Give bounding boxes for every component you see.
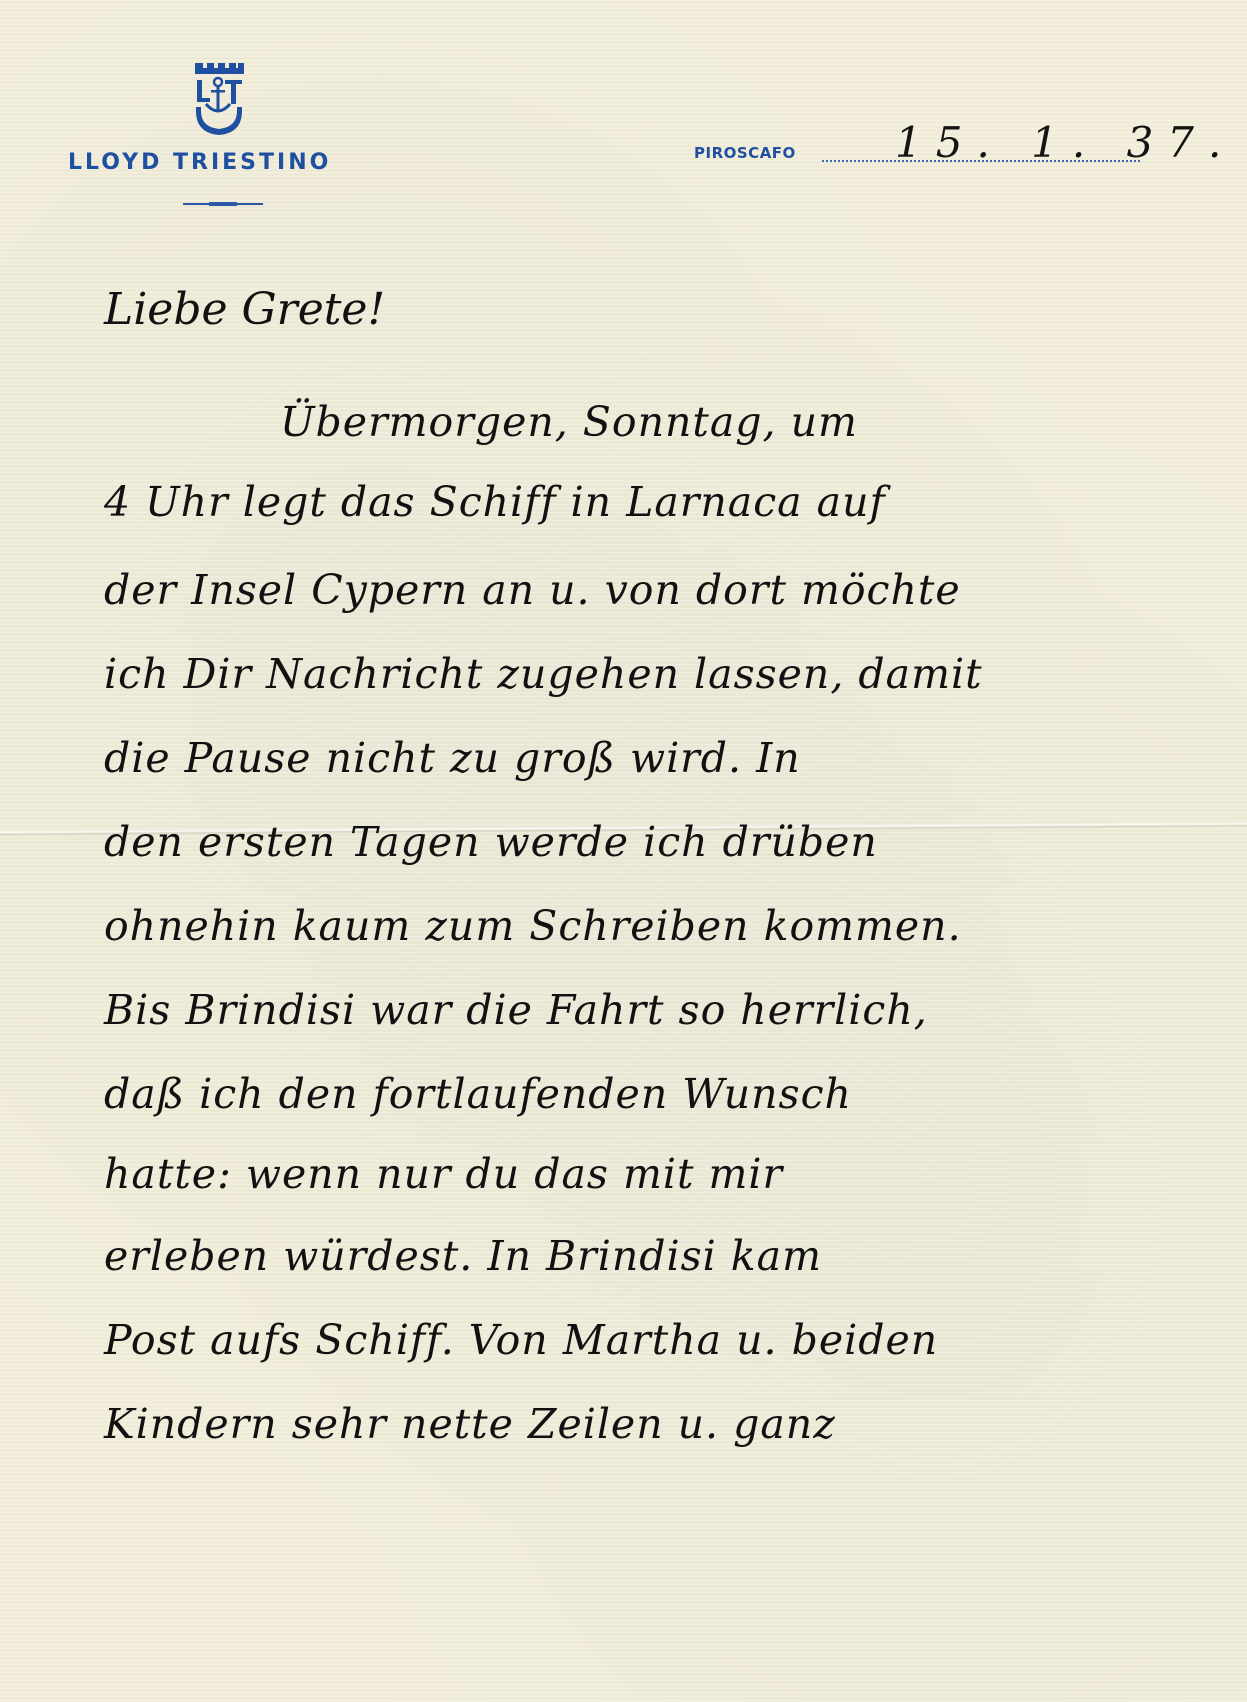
letter-line: den ersten Tagen werde ich drüben <box>104 818 878 866</box>
salutation: Liebe Grete! <box>104 284 385 335</box>
lloyd-triestino-crest-icon <box>193 63 245 137</box>
letter-line: Post aufs Schiff. Von Martha u. beiden <box>104 1316 938 1364</box>
letter-line: die Pause nicht zu groß wird. In <box>104 734 801 782</box>
letter-line: erleben würdest. In Brindisi kam <box>104 1232 822 1280</box>
letter-line: Kindern sehr nette Zeilen u. ganz <box>104 1400 836 1448</box>
letter-date: 15. 1. 37. <box>895 118 1235 167</box>
letter-line: ich Dir Nachricht zugehen lassen, damit <box>104 650 983 698</box>
company-name: LLOYD TRIESTINO <box>68 150 331 175</box>
letter-line: Bis Brindisi war die Fahrt so herrlich, <box>104 986 928 1034</box>
ship-label: PIROSCAFO <box>694 144 796 162</box>
letter-page: LLOYD TRIESTINO PIROSCAFO 15. 1. 37. Lie… <box>0 0 1247 1702</box>
letter-line: 4 Uhr legt das Schiff in Larnaca auf <box>104 478 886 526</box>
letter-line: Übermorgen, Sonntag, um <box>280 398 858 446</box>
letter-line: ohnehin kaum zum Schreiben kommen. <box>104 902 962 950</box>
letter-line: hatte: wenn nur du das mit mir <box>104 1150 783 1198</box>
letter-line: daß ich den fortlaufenden Wunsch <box>104 1070 852 1118</box>
letterhead-divider <box>183 203 263 205</box>
letter-line: der Insel Cypern an u. von dort möchte <box>104 566 961 614</box>
